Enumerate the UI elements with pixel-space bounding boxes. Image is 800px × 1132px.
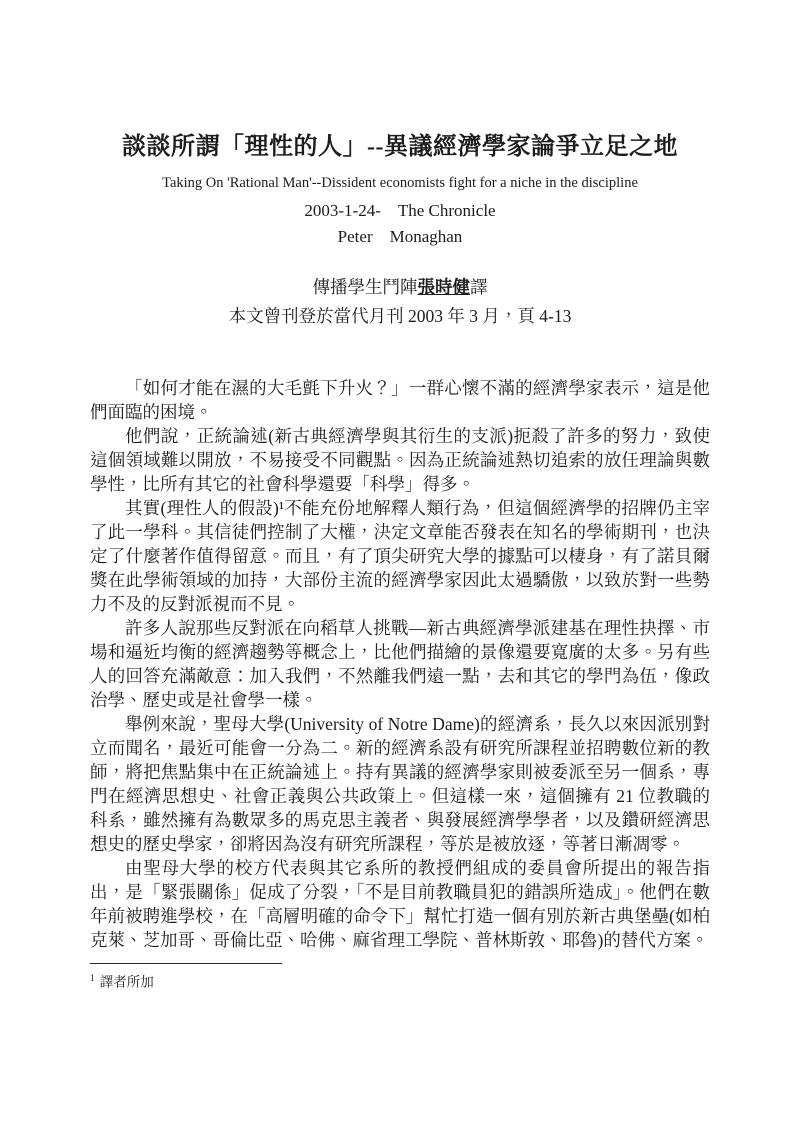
page-title: 談談所謂「理性的人」--異議經濟學家論爭立足之地 xyxy=(90,131,710,163)
publication-note: 本文曾刊登於當代月刊 2003 年 3 月，頁 4-13 xyxy=(90,304,710,328)
body-paragraph: 舉例來說，聖母大學(University of Notre Dame)的經濟系，… xyxy=(90,712,710,856)
document-header: 談談所謂「理性的人」--異議經濟學家論爭立足之地 Taking On 'Rati… xyxy=(90,131,710,328)
translator-group-label: 傳播學生鬥陣 xyxy=(313,277,418,297)
author-byline: Peter Monaghan xyxy=(90,226,710,248)
footnote-area: 1譯者所加 xyxy=(90,963,710,992)
translator-name: 張時健 xyxy=(418,277,471,297)
body-paragraph: 他們說，正統論述(新古典經濟學與其衍生的支派)扼殺了許多的努力，致使這個領域難以… xyxy=(90,424,710,496)
body-paragraph: 由聖母大學的校方代表與其它系所的教授們組成的委員會所提出的報告指出，是「緊張關係… xyxy=(90,856,710,952)
document-page: 談談所謂「理性的人」--異議經濟學家論爭立足之地 Taking On 'Rati… xyxy=(0,0,800,1132)
footnote: 1譯者所加 xyxy=(90,970,710,992)
footnote-marker: 1 xyxy=(90,974,95,984)
body-paragraph: 許多人說那些反對派在向稻草人挑戰—新古典經濟學派建基在理性抉擇、市場和逼近均衡的… xyxy=(90,616,710,712)
footnote-text-label: 譯者所加 xyxy=(100,975,154,990)
footnote-separator-rule xyxy=(90,963,282,964)
translator-suffix: 譯 xyxy=(470,277,488,297)
article-body: 「如何才能在濕的大毛氈下升火？」一群心懷不滿的經濟學家表示，這是他們面臨的困境。… xyxy=(90,376,710,952)
body-paragraph: 其實(理性人的假設)¹不能充份地解釋人類行為，但這個經濟學的招牌仍主宰了此一學科… xyxy=(90,496,710,616)
body-paragraph: 「如何才能在濕的大毛氈下升火？」一群心懷不滿的經濟學家表示，這是他們面臨的困境。 xyxy=(90,376,710,424)
english-subtitle: Taking On 'Rational Man'--Dissident econ… xyxy=(90,174,710,192)
translator-byline: 傳播學生鬥陣張時健譯 xyxy=(90,275,710,299)
dateline-source: 2003-1-24- The Chronicle xyxy=(90,200,710,222)
